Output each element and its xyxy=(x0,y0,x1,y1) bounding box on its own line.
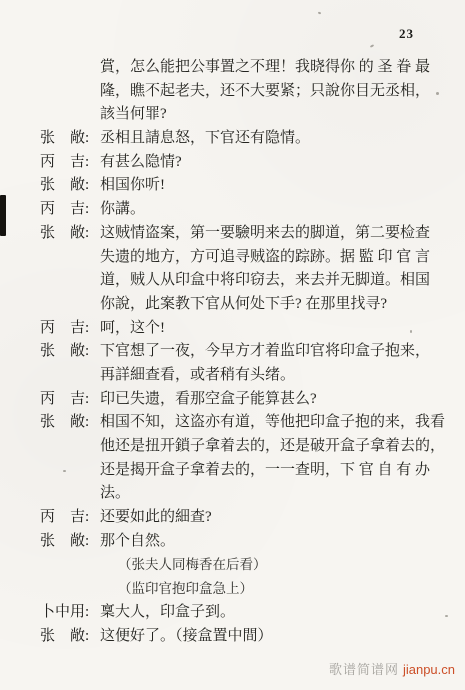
speech-text: 下官想了一夜，今早方才着监印官将印盒子抱来， xyxy=(100,340,430,364)
speech-text: 这便好了。（接盒置中間） xyxy=(100,625,273,649)
speech-text: 这贼情盗案，第一要驗明来去的脚道，第二要检查 xyxy=(100,222,430,246)
dialogue-line: 张 敞:这便好了。（接盒置中間） xyxy=(40,625,465,649)
dialogue-line: 张 敞:相国不知，这盗亦有道，等他把印盒子抱的来，我看 xyxy=(40,411,465,435)
scan-speck xyxy=(318,12,322,15)
dialogue-continuation: 法。 xyxy=(40,482,465,506)
scanned-script-page: 23 賞，怎么能把公事置之不理！我晓得你 的 圣 眷 最 隆，瞧不起老夫，还不大… xyxy=(0,0,465,690)
speech-text: 你講。 xyxy=(100,198,145,222)
speech-text: 有甚么隐情? xyxy=(100,151,182,175)
page-number: 23 xyxy=(399,26,414,42)
dialogue-line: 丙 吉:你講。 xyxy=(40,198,465,222)
speaker-name: 张 敞: xyxy=(40,625,100,649)
speaker-name: 丙 吉: xyxy=(40,388,100,412)
speech-text: 再詳細查看，或者稍有头绪。 xyxy=(100,364,295,388)
speaker-name: 丙 吉: xyxy=(40,506,100,530)
watermark-site-url[interactable]: jianpu.cn xyxy=(403,662,455,677)
speaker-name: 张 敞: xyxy=(40,127,100,151)
speaker-name: 丙 吉: xyxy=(40,151,100,175)
dialogue-continuation: 你說，此案教下官从何处下手? 在那里找寻? xyxy=(40,293,465,317)
speech-text: 呵，这个! xyxy=(100,317,165,341)
watermark: 歌谱简谱网jianpu.cn xyxy=(329,659,455,678)
speech-text: 还要如此的細查? xyxy=(100,506,212,530)
stage-direction-text: （张夫人同梅香在后看） xyxy=(100,553,267,577)
speaker-name: 丙 吉: xyxy=(40,198,100,222)
dialogue-line: 张 敞:下官想了一夜，今早方才着监印官将印盒子抱来， xyxy=(40,340,465,364)
speaker-name: 张 敞: xyxy=(40,530,100,554)
watermark-site-name: 歌谱简谱网 xyxy=(329,662,399,677)
continuation-line: 該当何罪? xyxy=(40,103,465,127)
continuation-line: 賞，怎么能把公事置之不理！我晓得你 的 圣 眷 最 xyxy=(40,56,465,80)
dialogue-continuation: 再詳細查看，或者稍有头绪。 xyxy=(40,364,465,388)
scan-speck xyxy=(370,44,374,48)
dialogue-continuation: 还是揭开盒子拿着去的，一一查明，下 官 自 有 办 xyxy=(40,459,465,483)
speech-text: 該当何罪? xyxy=(100,103,167,127)
dialogue-line: 张 敞:那个自然。 xyxy=(40,530,465,554)
dialogue-line: 张 敞:这贼情盗案，第一要驗明来去的脚道，第二要检查 xyxy=(40,222,465,246)
dialogue-continuation: 道，贼人从印盒中将印窃去，来去并无脚道。相国 xyxy=(40,269,465,293)
continuation-line: 隆，瞧不起老夫，还不大要紧；只說你目无丞相， xyxy=(40,80,465,104)
speech-text: 那个自然。 xyxy=(100,530,175,554)
dialogue-line: 丙 吉:有甚么隐情? xyxy=(40,151,465,175)
speaker-name: 张 敞: xyxy=(40,222,100,246)
dialogue-line: 丙 吉:印已失遗，看那空盒子能算甚么? xyxy=(40,388,465,412)
speech-text: 失遗的地方，方可追寻贼盗的踪跡。据 監 印 官 言 xyxy=(100,246,430,270)
speaker-name: 张 敞: xyxy=(40,340,100,364)
speech-text: 相国不知，这盗亦有道，等他把印盒子抱的来，我看 xyxy=(100,411,445,435)
speech-text: 你說，此案教下官从何处下手? 在那里找寻? xyxy=(100,293,387,317)
dialogue-line: 张 敞:丞相且請息怒，下官还有隐情。 xyxy=(40,127,465,151)
dialogue-line: 卜中用:稟大人，印盒子到。 xyxy=(40,601,465,625)
speaker-name: 张 敞: xyxy=(40,174,100,198)
script-text-block: 賞，怎么能把公事置之不理！我晓得你 的 圣 眷 最 隆，瞧不起老夫，还不大要紧；… xyxy=(0,56,465,648)
stage-direction-text: （监印官抱印盒急上） xyxy=(100,577,253,601)
speaker-name: 张 敞: xyxy=(40,411,100,435)
speech-text: 印已失遗，看那空盒子能算甚么? xyxy=(100,388,317,412)
speech-text: 道，贼人从印盒中将印窃去，来去并无脚道。相国 xyxy=(100,269,430,293)
dialogue-line: 丙 吉:呵，这个! xyxy=(40,317,465,341)
dialogue-line: 张 敞:相国你听! xyxy=(40,174,465,198)
speaker-name: 丙 吉: xyxy=(40,317,100,341)
speaker-name: 卜中用: xyxy=(40,601,100,625)
speech-text: 丞相且請息怒，下官还有隐情。 xyxy=(100,127,310,151)
dialogue-continuation: 他还是扭开鎖子拿着去的，还是破开盒子拿着去的， xyxy=(40,435,465,459)
speech-text: 隆，瞧不起老夫，还不大要紧；只說你目无丞相， xyxy=(100,80,430,104)
speech-text: 还是揭开盒子拿着去的，一一查明，下 官 自 有 办 xyxy=(100,459,430,483)
speech-text: 他还是扭开鎖子拿着去的，还是破开盒子拿着去的， xyxy=(100,435,445,459)
stage-direction: （监印官抱印盒急上） xyxy=(40,577,465,601)
stage-direction: （张夫人同梅香在后看） xyxy=(40,553,465,577)
speech-text: 相国你听! xyxy=(100,174,165,198)
dialogue-line: 丙 吉:还要如此的細查? xyxy=(40,506,465,530)
speech-text: 稟大人，印盒子到。 xyxy=(100,601,235,625)
speech-text: 法。 xyxy=(100,482,130,506)
speech-text: 賞，怎么能把公事置之不理！我晓得你 的 圣 眷 最 xyxy=(100,56,430,80)
dialogue-continuation: 失遗的地方，方可追寻贼盗的踪跡。据 監 印 官 言 xyxy=(40,246,465,270)
